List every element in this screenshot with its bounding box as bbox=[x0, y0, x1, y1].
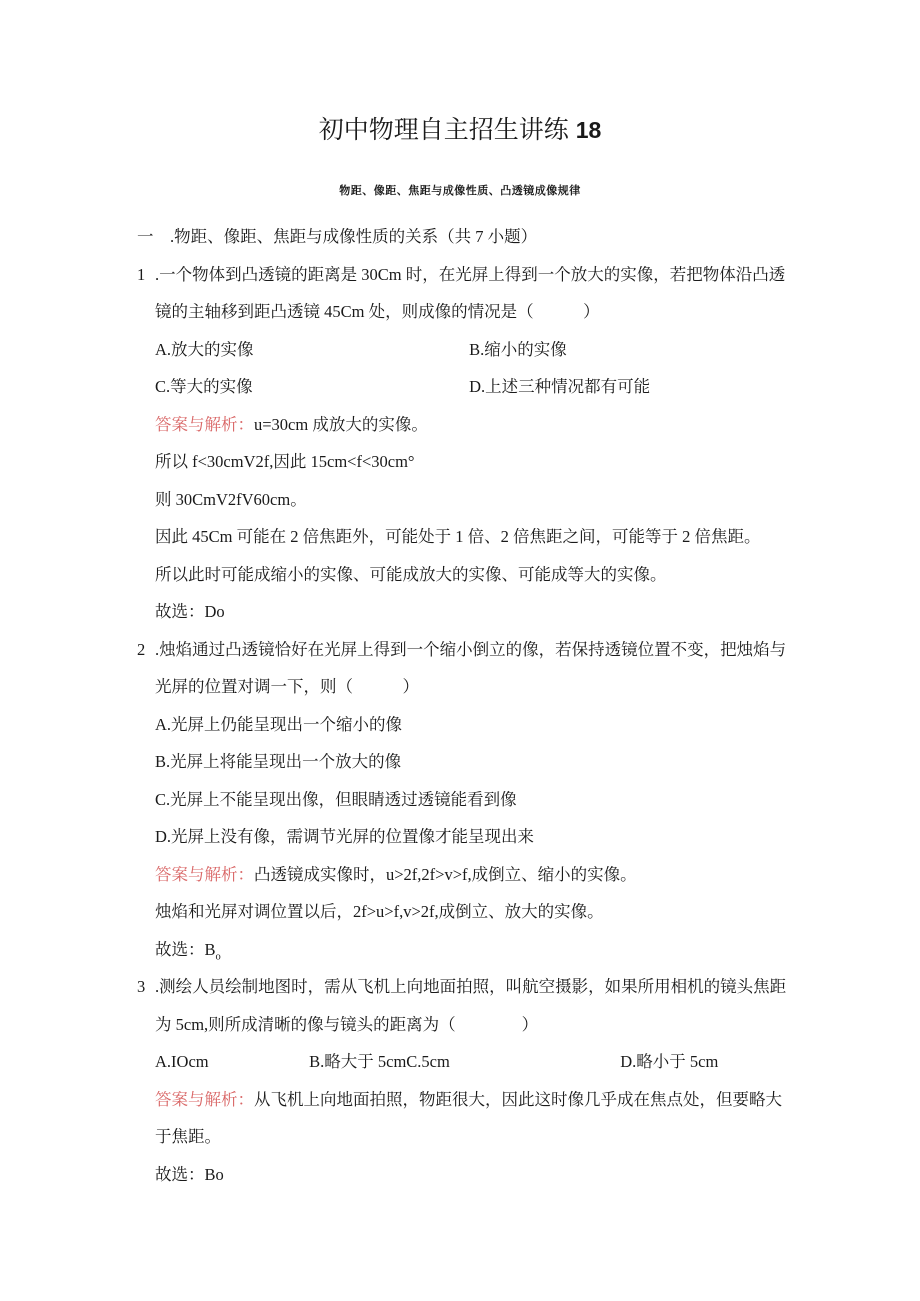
conclusion-choice: Bo bbox=[205, 1165, 224, 1184]
option-cell-a: A.IOcm bbox=[155, 1043, 305, 1081]
question-1-answer-line-4: 因此 45Cm 可能在 2 倍焦距外，可能处于 1 倍、2 倍焦距之间，可能等于… bbox=[137, 518, 827, 556]
option-cell-c: C.光屏上不能呈现出像，但眼睛透过透镜能看到像 bbox=[155, 790, 517, 809]
question-1-stem-text: .一个物体到凸透镜的距离是 30Cm 时，在光屏上得到一个放大的实像，若把物体沿… bbox=[155, 265, 785, 284]
answer-text: 则 30CmV2fV60cm。 bbox=[155, 490, 307, 509]
question-2-option-c: C.光屏上不能呈现出像，但眼睛透过透镜能看到像 bbox=[137, 781, 827, 819]
document-page: 初中物理自主招生讲练18 物距、像距、焦距与成像性质、凸透镜成像规律 一 .物距… bbox=[0, 0, 920, 1301]
answer-text: 从飞机上向地面拍照，物距很大，因此这时像几乎成在焦点处，但要略大 bbox=[254, 1090, 782, 1109]
question-1-stem-text: 镜的主轴移到距凸透镜 45Cm 处，则成像的情况是（ ） bbox=[155, 302, 600, 321]
answer-text: 所以此时可能成缩小的实像、可能成放大的实像、可能成等大的实像。 bbox=[155, 565, 667, 584]
question-1-number: 1 bbox=[137, 256, 145, 294]
question-1-answer-line-2: 所以 f<30cmV2f,因此 15cm<f<30cm° bbox=[137, 443, 827, 481]
question-2-number: 2 bbox=[137, 631, 145, 669]
question-1-answer-line-5: 所以此时可能成缩小的实像、可能成放大的实像、可能成等大的实像。 bbox=[137, 556, 827, 594]
conclusion-prefix: 故选： bbox=[155, 602, 205, 621]
question-1-stem-line-2: 镜的主轴移到距凸透镜 45Cm 处，则成像的情况是（ ） bbox=[137, 293, 827, 331]
question-1-conclusion: 故选：Do bbox=[137, 593, 827, 631]
question-3-answer-line-2: 于焦距。 bbox=[137, 1118, 827, 1156]
answer-label: 答案与解析： bbox=[155, 1090, 254, 1109]
answer-text: 因此 45Cm 可能在 2 倍焦距外，可能处于 1 倍、2 倍焦距之间，可能等于… bbox=[155, 527, 760, 546]
question-1-answer-line-1: 答案与解析：u=30cm 成放大的实像。 bbox=[137, 406, 827, 444]
answer-text: u=30cm 成放大的实像。 bbox=[254, 415, 428, 434]
page-title-number: 18 bbox=[576, 117, 602, 143]
option-cell-bc: B.略大于 5cmC.5cm bbox=[309, 1043, 616, 1081]
answer-text: 于焦距。 bbox=[155, 1127, 221, 1146]
question-3-answer-line-1: 答案与解析：从飞机上向地面拍照，物距很大，因此这时像几乎成在焦点处，但要略大 bbox=[137, 1081, 827, 1119]
page-title-text: 初中物理自主招生讲练 bbox=[319, 117, 569, 144]
answer-label: 答案与解析： bbox=[155, 865, 254, 884]
question-3-number: 3 bbox=[137, 968, 145, 1006]
section-heading-text: .物距、像距、焦距与成像性质的关系（共 7 小题） bbox=[170, 227, 537, 246]
question-1-stem-line-1: 1 .一个物体到凸透镜的距离是 30Cm 时，在光屏上得到一个放大的实像，若把物… bbox=[137, 256, 827, 294]
answer-text: 烛焰和光屏对调位置以后，2f>u>f,v>2f,成倒立、放大的实像。 bbox=[155, 902, 604, 921]
question-2-stem-text: 光屏的位置对调一下，则（ ） bbox=[155, 677, 419, 696]
question-2-stem-text: .烛焰通过凸透镜恰好在光屏上得到一个缩小倒立的像，若保持透镜位置不变，把烛焰与 bbox=[155, 640, 786, 659]
question-1-options-row-2: C.等大的实像 D.上述三种情况都有可能 bbox=[137, 368, 827, 406]
question-3-options-row: A.IOcm B.略大于 5cmC.5cm D.略小于 5cm bbox=[137, 1043, 827, 1081]
answer-text: 所以 f<30cmV2f,因此 15cm<f<30cm° bbox=[155, 452, 415, 471]
question-2-option-b: B.光屏上将能呈现出一个放大的像 bbox=[137, 743, 827, 781]
option-cell-a: A.光屏上仍能呈现出一个缩小的像 bbox=[155, 715, 402, 734]
option-cell-d: D.上述三种情况都有可能 bbox=[469, 377, 650, 396]
conclusion-choice: B bbox=[205, 940, 216, 959]
option-cell-b: B.光屏上将能呈现出一个放大的像 bbox=[155, 752, 401, 771]
option-cell-c: C.等大的实像 bbox=[155, 368, 465, 406]
question-2-answer-line-2: 烛焰和光屏对调位置以后，2f>u>f,v>2f,成倒立、放大的实像。 bbox=[137, 893, 827, 931]
question-3-stem-text: .测绘人员绘制地图时，需从飞机上向地面拍照，叫航空摄影，如果所用相机的镜头焦距 bbox=[155, 977, 786, 996]
option-cell-d: D.光屏上没有像，需调节光屏的位置像才能呈现出来 bbox=[155, 827, 534, 846]
page-subtitle: 物距、像距、焦距与成像性质、凸透镜成像规律 bbox=[0, 182, 920, 198]
question-2-answer-line-1: 答案与解析：凸透镜成实像时，u>2f,2f>v>f,成倒立、缩小的实像。 bbox=[137, 856, 827, 894]
option-cell-a: A.放大的实像 bbox=[155, 331, 465, 369]
question-3-stem-line-2: 为 5cm,则所成清晰的像与镜头的距离为（ ） bbox=[137, 1006, 827, 1044]
conclusion-prefix: 故选： bbox=[155, 940, 205, 959]
question-3-stem-line-1: 3 .测绘人员绘制地图时，需从飞机上向地面拍照，叫航空摄影，如果所用相机的镜头焦… bbox=[137, 968, 827, 1006]
page-title: 初中物理自主招生讲练18 bbox=[0, 110, 920, 146]
conclusion-choice: Do bbox=[205, 602, 225, 621]
option-cell-b: B.缩小的实像 bbox=[469, 340, 567, 359]
question-3-stem-text: 为 5cm,则所成清晰的像与镜头的距离为（ ） bbox=[155, 1015, 538, 1034]
conclusion-subscript: o bbox=[216, 951, 221, 962]
option-cell-d: D.略小于 5cm bbox=[620, 1052, 718, 1071]
section-marker: 一 bbox=[137, 218, 154, 256]
answer-label: 答案与解析： bbox=[155, 415, 254, 434]
document-body: 一 .物距、像距、焦距与成像性质的关系（共 7 小题） 1 .一个物体到凸透镜的… bbox=[137, 218, 827, 1193]
section-heading: 一 .物距、像距、焦距与成像性质的关系（共 7 小题） bbox=[137, 218, 827, 256]
question-2-option-d: D.光屏上没有像，需调节光屏的位置像才能呈现出来 bbox=[137, 818, 827, 856]
question-1-answer-line-3: 则 30CmV2fV60cm。 bbox=[137, 481, 827, 519]
question-2-option-a: A.光屏上仍能呈现出一个缩小的像 bbox=[137, 706, 827, 744]
conclusion-prefix: 故选： bbox=[155, 1165, 205, 1184]
answer-text: 凸透镜成实像时，u>2f,2f>v>f,成倒立、缩小的实像。 bbox=[254, 865, 637, 884]
question-2-conclusion: 故选：Bo bbox=[137, 931, 827, 969]
question-2-stem-line-2: 光屏的位置对调一下，则（ ） bbox=[137, 668, 827, 706]
question-3-conclusion: 故选：Bo bbox=[137, 1156, 827, 1194]
question-2-stem-line-1: 2 .烛焰通过凸透镜恰好在光屏上得到一个缩小倒立的像，若保持透镜位置不变，把烛焰… bbox=[137, 631, 827, 669]
question-1-options-row-1: A.放大的实像 B.缩小的实像 bbox=[137, 331, 827, 369]
